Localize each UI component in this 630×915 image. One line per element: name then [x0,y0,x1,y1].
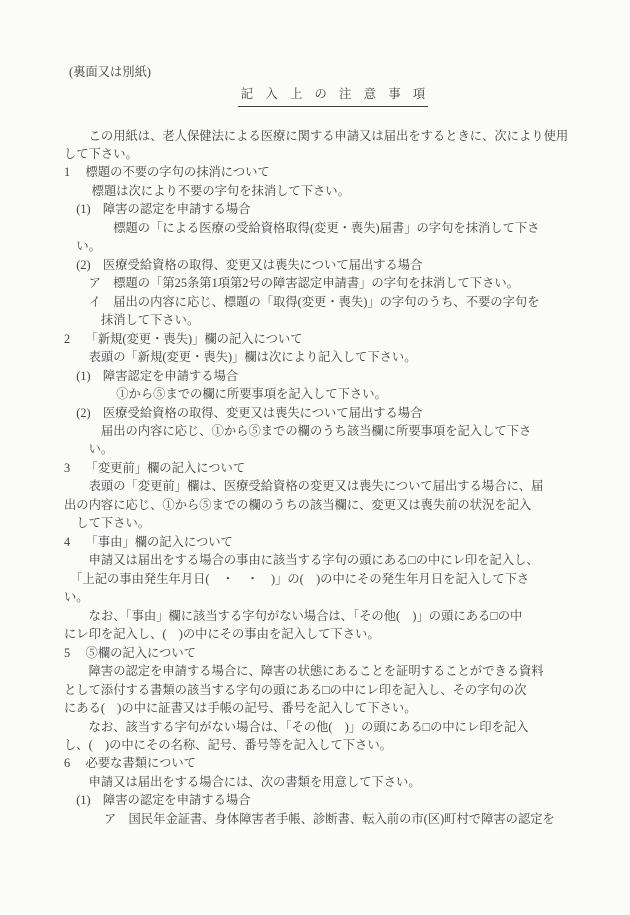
text-line: 2 「新規(変更・喪失)」欄の記入について [64,330,602,348]
text-line: 出の内容に応じ、①から⑤までの欄のうちの該当欄に、変更又は喪失前の状況を記入 [64,496,602,514]
text-line: し、( )の中にその名称、記号、番号等を記入して下さい。 [64,736,602,754]
text-line: 6 必要な書類について [64,754,602,772]
text-line: にある( )の中に証書又は手帳の記号、番号を記入して下さい。 [64,699,602,717]
text-line: 表頭の「新規(変更・喪失)」欄は次により記入して下さい。 [64,348,602,366]
text-line: (2) 医療受給資格の取得、変更又は喪失について届出する場合 [64,256,602,274]
text-line: い。 [64,440,602,458]
text-line: 5 ⑤欄の記入について [64,644,602,662]
text-line: して下さい。 [64,514,602,532]
text-line: 表頭の「変更前」欄は、医療受給資格の変更又は喪失について届出する場合に、届 [64,477,602,495]
text-line: ア 標題の「第25条第1項第2号の障害認定申請書」の字句を抹消して下さい。 [64,274,602,292]
text-line: 「上記の事由発生年月日( ・ ・ )」の( )の中にその発生年月日を記入して下さ [64,570,602,588]
text-line: にレ印を記入し、( )の中にその事由を記入して下さい。 [64,625,602,643]
text-line: なお、「事由」欄に該当する字句がない場合は、「その他( )」の頭にある□の中 [64,607,602,625]
text-line: として添付する書類の該当する字句の頭にある□の中にレ印を記入し、その字句の次 [64,681,602,699]
text-line: 届出の内容に応じ、①から⑤までの欄のうち該当欄に所要事項を記入して下さ [64,422,602,440]
text-line: 申請又は届出をする場合の事由に該当する字句の頭にある□の中にレ印を記入し、 [64,551,602,569]
corner-note: (裏面又は別紙) [64,63,602,82]
text-line: (1) 障害認定を申請する場合 [64,367,602,385]
text-line: この用紙は、老人保健法による医療に関する申請又は届出をするときに、次により使用 [64,127,602,145]
text-line: 1 標題の不要の字句の抹消について [64,163,602,181]
text-line: (1) 障害の認定を申請する場合 [64,791,602,809]
text-line: 標題の「による医療の受給資格取得(変更・喪失)届書」の字句を抹消して下さ [64,219,602,237]
text-line: 標題は次により不要の字句を抹消して下さい。 [64,182,602,200]
text-line: い。 [64,237,602,255]
text-line: ①から⑤までの欄に所要事項を記入して下さい。 [64,385,602,403]
text-line: して下さい。 [64,145,602,163]
text-line: い。 [64,588,602,606]
text-line: 障害の認定を申請する場合に、障害の状態にあることを証明することができる資料 [64,662,602,680]
text-line: イ 届出の内容に応じ、標題の「取得(変更・喪失)」の字句のうち、不要の字句を [64,293,602,311]
document-page: (裏面又は別紙) 記 入 上 の 注 意 事 項 この用紙は、老人保健法による医… [0,0,630,915]
text-line: なお、該当する字句がない場合は、「その他( )」の頭にある□の中にレ印を記入 [64,718,602,736]
title-row: 記 入 上 の 注 意 事 項 [64,85,602,107]
text-line: (2) 医療受給資格の取得、変更又は喪失について届出する場合 [64,404,602,422]
text-line: 3 「変更前」欄の記入について [64,459,602,477]
document-body: この用紙は、老人保健法による医療に関する申請又は届出をするときに、次により使用し… [64,127,602,829]
text-line: ア 国民年金証書、身体障害者手帳、診断書、転入前の市(区)町村で障害の認定を [64,810,602,828]
text-line: (1) 障害の認定を申請する場合 [64,200,602,218]
text-line: 4 「事由」欄の記入について [64,533,602,551]
text-line: 抹消して下さい。 [64,311,602,329]
page-title: 記 入 上 の 注 意 事 項 [238,85,428,107]
text-line: 申請又は届出をする場合には、次の書類を用意して下さい。 [64,773,602,791]
